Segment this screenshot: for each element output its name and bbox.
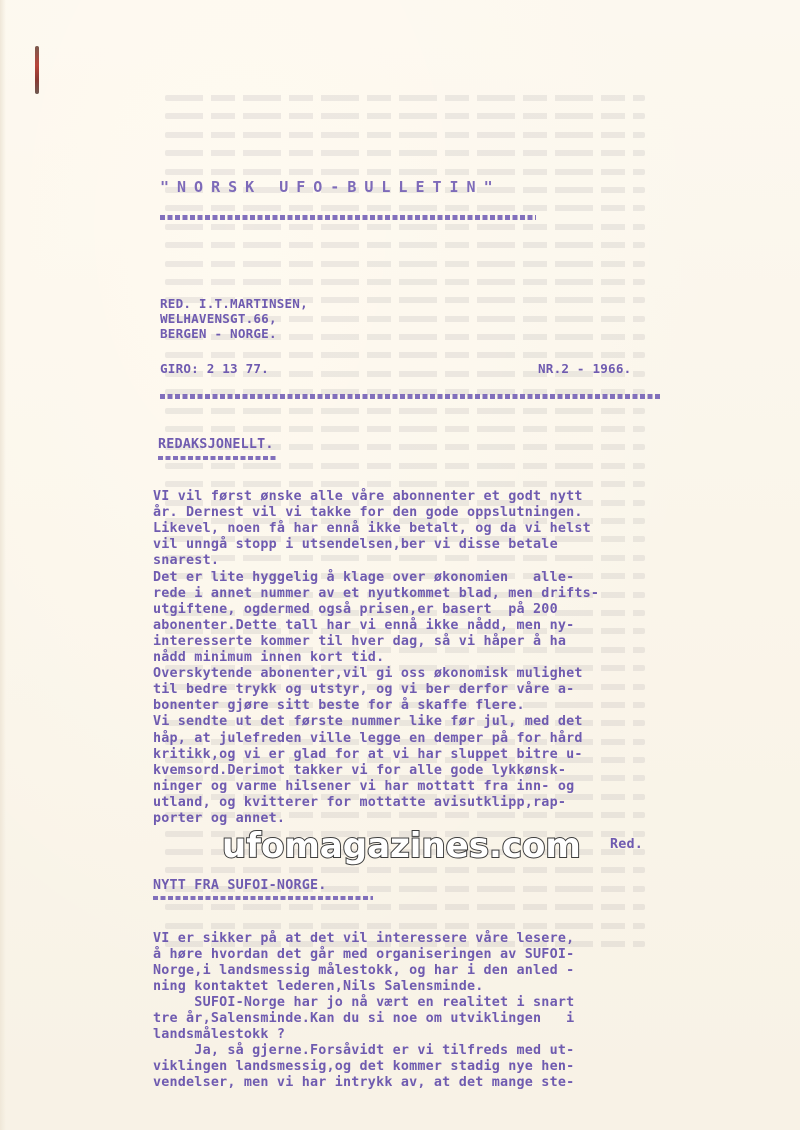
text-line: år. Dernest vil vi takke for den gode op… [153,505,583,520]
text-line: Norge,i landsmessig målestokk, og har i … [153,963,574,978]
text-line: Likevel, noen få har ennå ikke betalt, o… [153,521,591,536]
news-heading-underline [153,896,373,900]
text-line: utgiftene, ogdermed også prisen,er baser… [153,602,558,617]
text-line: VI vil først ønske alle våre abonnenter … [153,489,583,504]
text-line: Det er lite hyggelig å klage over økonom… [153,570,574,585]
text-line: ninger og varme hilsener vi har mottatt … [153,779,574,794]
text-line: tre år,Salensminde.Kan du si noe om utvi… [153,1011,574,1026]
text-line: Ja, så gjerne.Forsåvidt er vi tilfreds m… [153,1043,574,1058]
editorial-heading-underline [158,456,278,460]
text-line: Overskytende abonenter,vil gi oss økonom… [153,666,583,681]
text-line: vil unngå stopp i utsendelsen,ber vi dis… [153,537,558,552]
text-line: Vi sendte ut det første nummer like før … [153,714,583,729]
text-line: håp, at julefreden ville legge en demper… [153,731,583,746]
giro-number: GIRO: 2 13 77. [160,361,269,376]
text-line: kritikk,og vi er glad for at vi har slup… [153,747,583,762]
text-line: porter og annet. [153,811,285,826]
watermark-text: ufomagazines.com [222,826,581,866]
masthead-title: "NORSK UFO-BULLETIN" [160,178,501,196]
text-line: landsmålestokk ? [153,1027,285,1042]
editorial-heading: REDAKSJONELLT. [158,437,274,452]
editor-name: RED. I.T.MARTINSEN, [160,296,308,311]
text-line: å høre hvordan det går med organiseringe… [153,947,574,962]
text-line: kvemsord.Derimot takker vi for alle gode… [153,763,566,778]
city-country: BERGEN - NORGE. [160,326,277,341]
document-page: "NORSK UFO-BULLETIN" RED. I.T.MARTINSEN,… [0,0,800,1130]
text-line: viklingen landsmessig,og det kommer stad… [153,1059,574,1074]
news-heading: NYTT FRA SUFOI-NORGE. [153,878,327,893]
editorial-signature: Red. [610,837,643,852]
text-line: utland, og kvitterer for mottatte avisut… [153,795,566,810]
text-line: interesserte kommer til hver dag, så vi … [153,634,566,649]
text-line: abonenter.Dette tall har vi ennå ikke nå… [153,618,574,633]
masthead-underline [160,215,536,220]
text-line: nådd minimum innen kort tid. [153,650,384,665]
text-line: rede i annet nummer av et nyutkommet bla… [153,586,599,601]
text-line: ning kontaktet lederen,Nils Salensminde. [153,979,483,994]
staple-mark [35,46,39,94]
text-line: bonenter gjøre sitt beste for å skaffe f… [153,698,525,713]
text-line: vendelser, men vi har intrykk av, at det… [153,1075,574,1090]
text-line: snarest. [153,553,219,568]
text-line: SUFOI-Norge har jo nå vært en realitet i… [153,995,574,1010]
text-line: VI er sikker på at det vil interessere v… [153,931,574,946]
text-line: til bedre trykk og utstyr, og vi ber der… [153,682,574,697]
street-address: WELHAVENSGT.66, [160,311,277,326]
page-edge-shadow [0,0,6,1130]
header-divider [160,394,660,399]
issue-number: NR.2 - 1966. [538,361,631,376]
